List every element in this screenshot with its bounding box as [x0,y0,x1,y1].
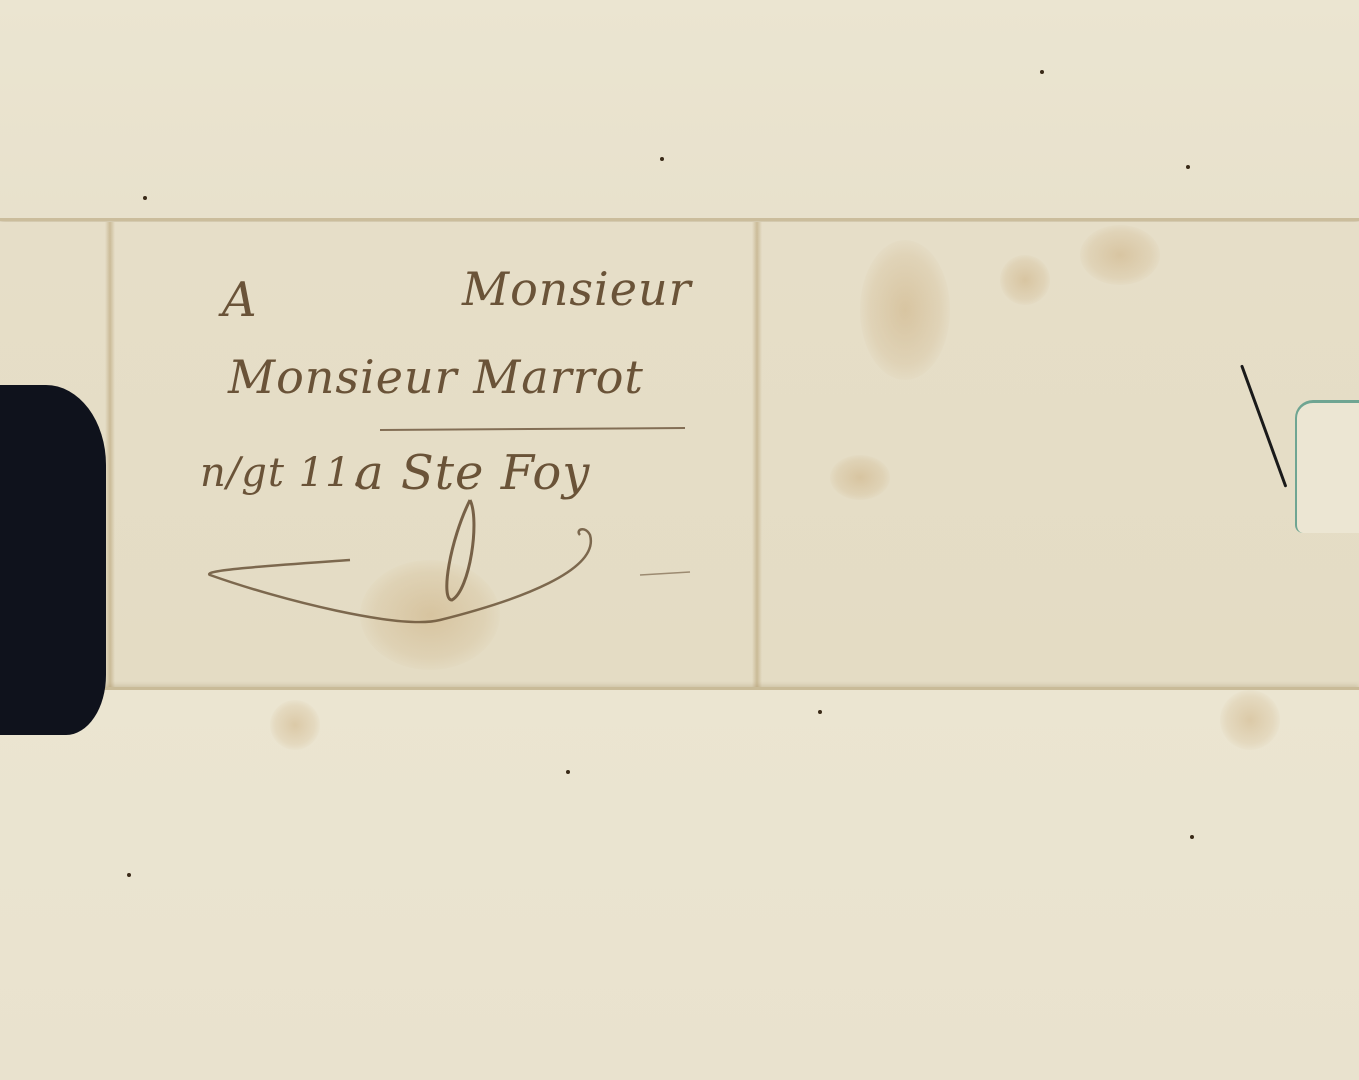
ink-flourish [0,0,1359,1080]
letter-paper: A Monsieur Monsieur Marrot n/gt 11. a St… [0,0,1359,1080]
